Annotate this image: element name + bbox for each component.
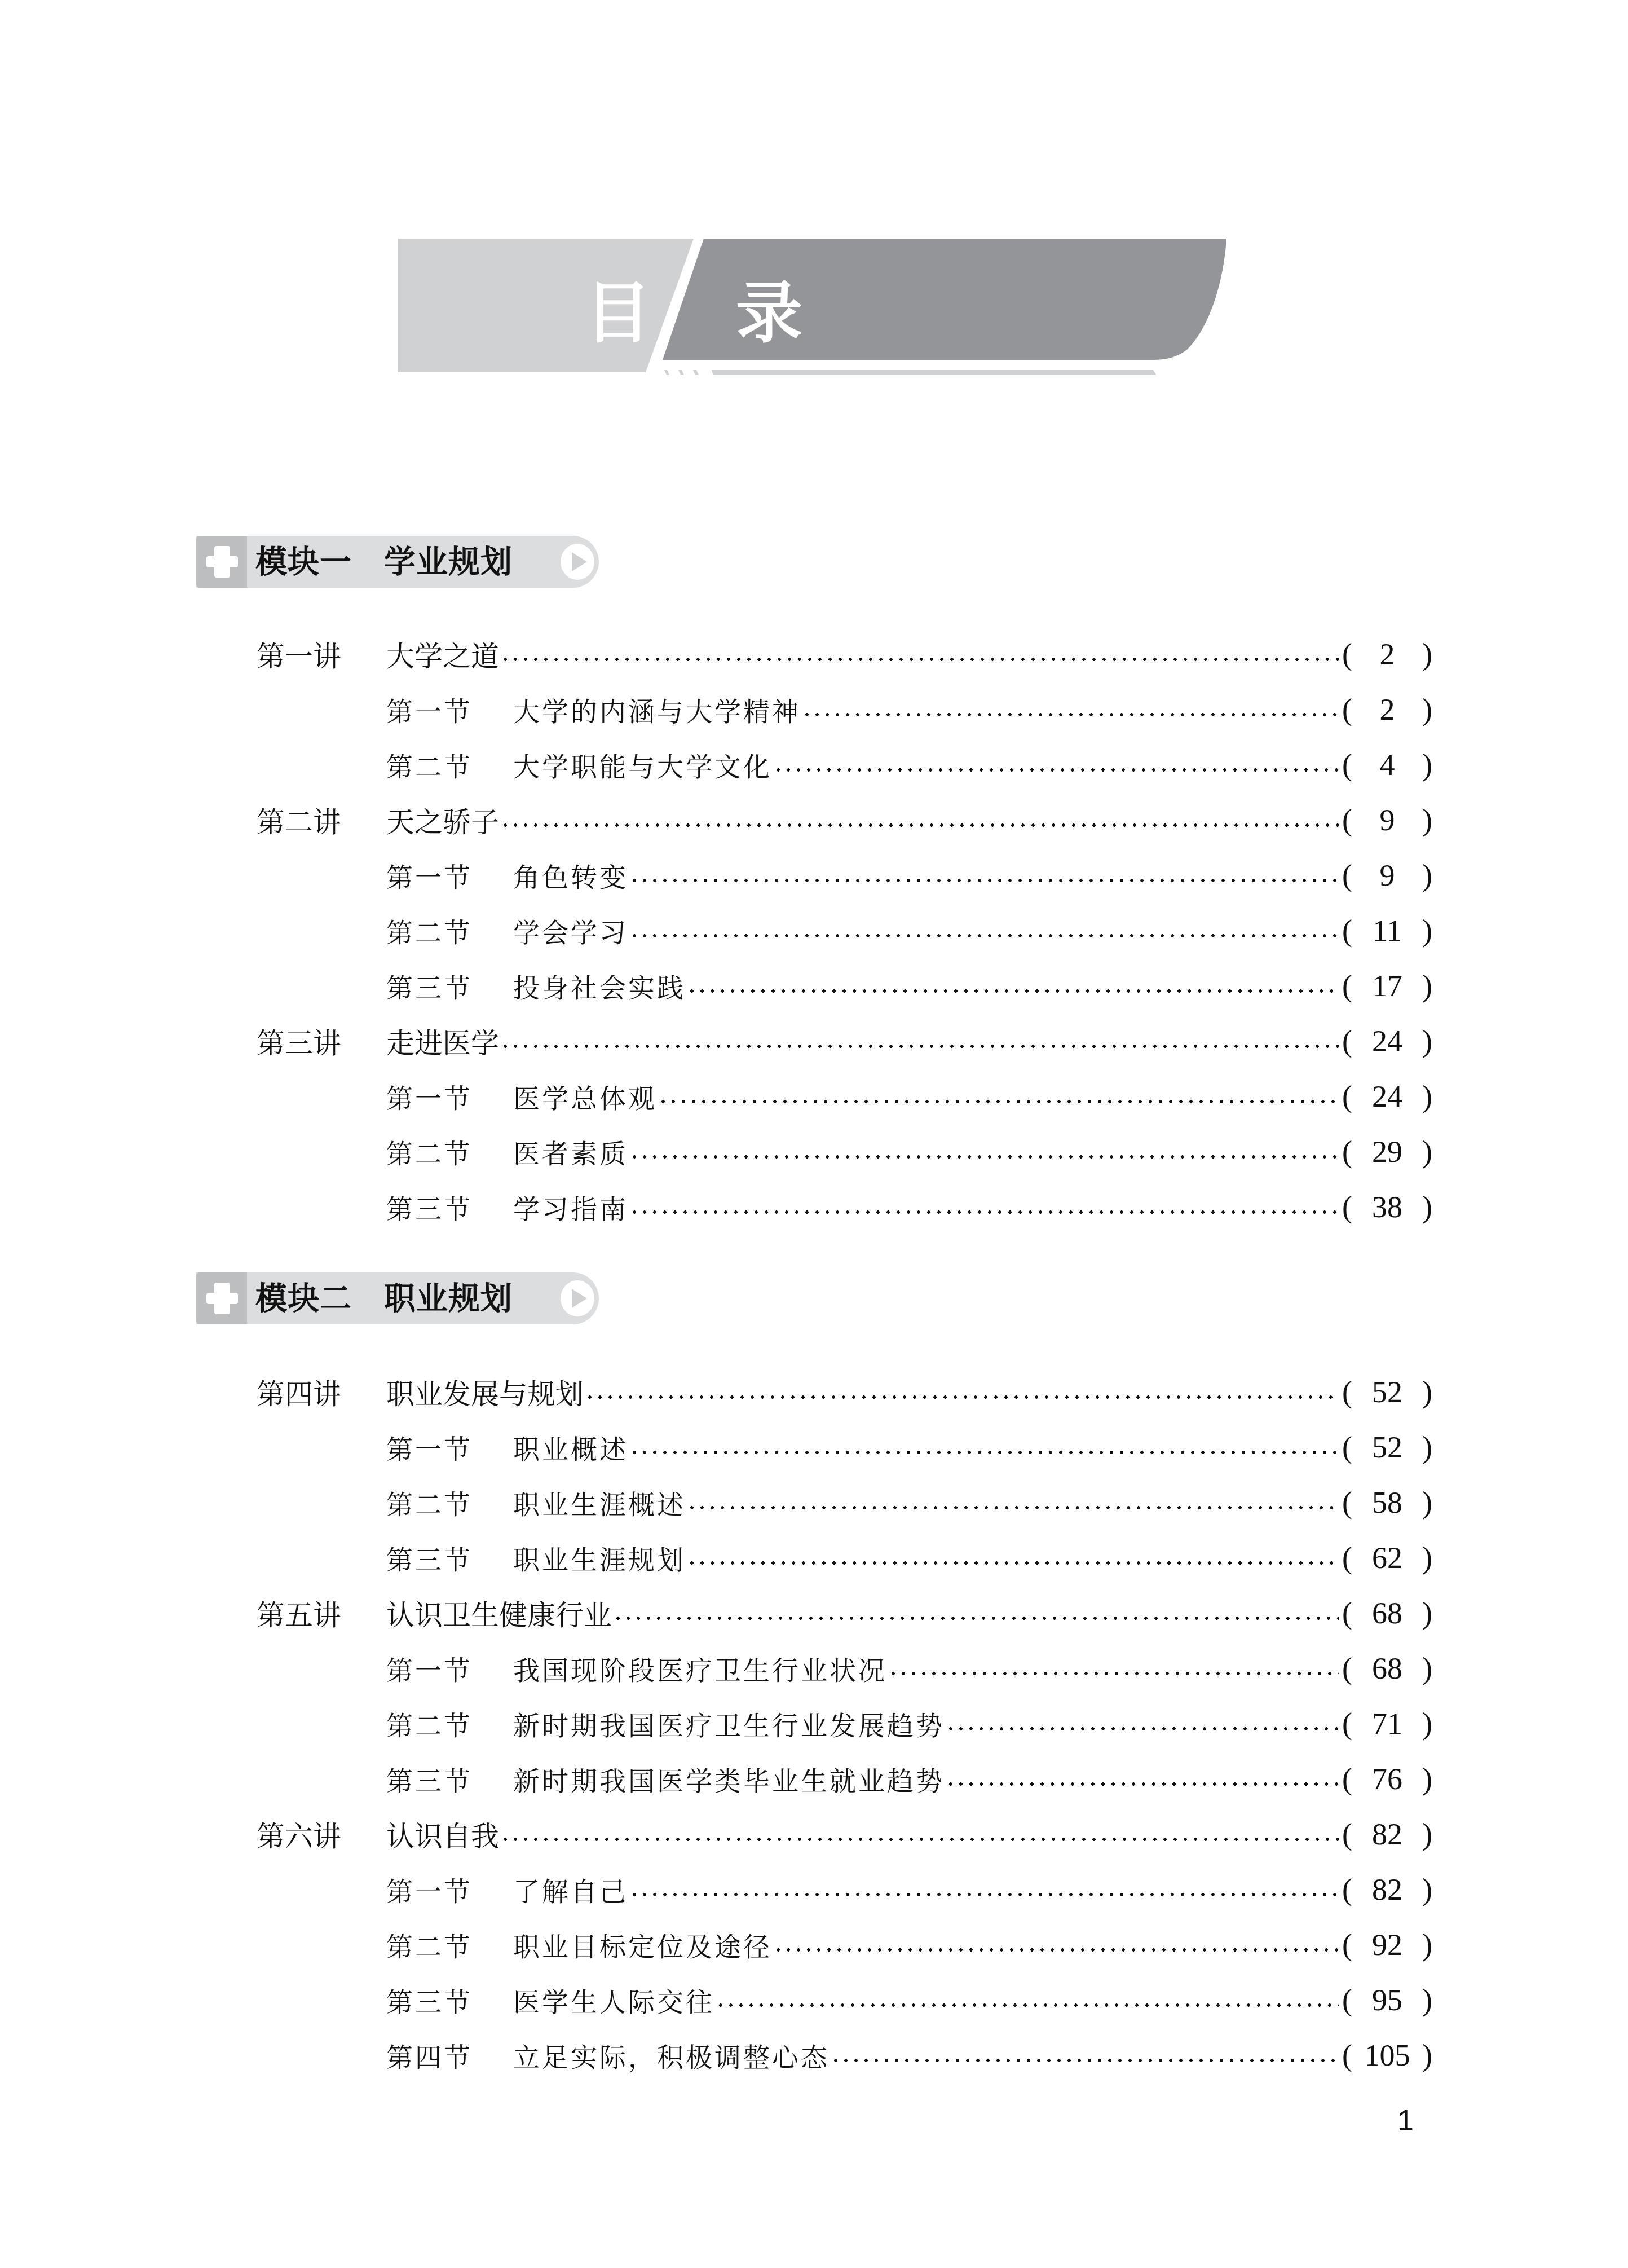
toc-section-row[interactable]: 第一节 职业概述 (52): [386, 1425, 1432, 1470]
toc-section-row[interactable]: 第三节 职业生涯规划 (62): [386, 1535, 1432, 1580]
section-number: 第一节: [386, 1871, 513, 1909]
toc-section-row[interactable]: 第三节 学习指南 (38): [386, 1184, 1432, 1230]
page-ref: (58): [1342, 1485, 1432, 1520]
lecture-title: 大学之道: [386, 634, 499, 675]
dot-leader: [629, 1892, 1339, 1897]
section-number: 第一节: [386, 1650, 513, 1688]
section-title: 角色转变: [513, 857, 628, 895]
dot-leader: [687, 988, 1339, 994]
section-title: 大学职能与大学文化: [513, 746, 772, 784]
section-number: 第一节: [386, 1429, 513, 1467]
lecture-title: 认识卫生健康行业: [386, 1593, 612, 1633]
toc-section-row[interactable]: 第二节 学会学习 (11): [386, 908, 1432, 953]
section-number: 第二节: [386, 1705, 513, 1743]
page-ref: (68): [1342, 1596, 1432, 1631]
dot-leader: [585, 1394, 1339, 1400]
toc-lecture-row[interactable]: 第三讲 走进医学 (24): [257, 1019, 1432, 1064]
section-number: 第二节: [386, 1926, 513, 1964]
lecture-number: 第一讲: [257, 634, 386, 675]
toc-lecture-row[interactable]: 第四讲 职业发展与规划 (52): [257, 1369, 1432, 1415]
page-ref: (2): [1342, 692, 1432, 727]
toc-section-row[interactable]: 第一节 角色转变 (9): [386, 853, 1432, 898]
lecture-number: 第四讲: [257, 1372, 386, 1412]
page-ref: (71): [1342, 1706, 1432, 1741]
dot-leader: [946, 1726, 1339, 1732]
toc-section-row[interactable]: 第三节 投身社会实践 (17): [386, 963, 1432, 1009]
section-number: 第四节: [386, 2037, 513, 2075]
page-ref: (29): [1342, 1134, 1432, 1169]
lecture-number: 第五讲: [257, 1593, 386, 1633]
page-ref: (82): [1342, 1817, 1432, 1852]
module-heading: 模块一 学业规划: [196, 536, 599, 588]
section-number: 第二节: [386, 746, 513, 784]
dot-leader: [500, 822, 1339, 828]
dot-leader: [773, 767, 1339, 773]
page-ref: (92): [1342, 1927, 1432, 1962]
section-title: 新时期我国医学类毕业生就业趋势: [513, 1760, 945, 1798]
dot-leader: [946, 1781, 1339, 1787]
medical-cross-icon: [204, 1280, 240, 1316]
section-number: 第一节: [386, 1078, 513, 1116]
module-label: 模块二 职业规划: [255, 1272, 513, 1324]
page-ref: (4): [1342, 747, 1432, 782]
section-number: 第三节: [386, 1188, 513, 1226]
section-title: 职业概述: [513, 1429, 628, 1467]
toc-lecture-row[interactable]: 第五讲 认识卫生健康行业 (68): [257, 1591, 1432, 1636]
lecture-title: 走进医学: [386, 1021, 499, 1062]
section-title: 医学生人际交往: [513, 1981, 714, 2019]
dot-leader: [500, 1043, 1339, 1049]
page-title-char: 录: [736, 259, 802, 355]
module-heading: 模块二 职业规划: [196, 1272, 599, 1324]
section-title: 立足实际，积极调整心态: [513, 2037, 830, 2075]
toc-section-row[interactable]: 第一节 医学总体观 (24): [386, 1074, 1432, 1119]
dot-leader: [629, 1209, 1339, 1215]
toc-section-row[interactable]: 第二节 大学职能与大学文化 (4): [386, 742, 1432, 787]
page-ref: (68): [1342, 1651, 1432, 1686]
lecture-number: 第六讲: [257, 1814, 386, 1855]
page-ref: (24): [1342, 1024, 1432, 1059]
section-number: 第二节: [386, 912, 513, 950]
dot-leader: [613, 1615, 1339, 1621]
toc-section-row[interactable]: 第二节 职业目标定位及途径 (92): [386, 1922, 1432, 1967]
lecture-number: 第二讲: [257, 800, 386, 840]
section-title: 我国现阶段医疗卫生行业状况: [513, 1650, 887, 1688]
section-title: 职业生涯概述: [513, 1484, 686, 1522]
page-number: 1: [1397, 2104, 1414, 2138]
dot-leader: [500, 1837, 1339, 1842]
lecture-title: 职业发展与规划: [386, 1372, 584, 1412]
toc-section-row[interactable]: 第三节 医学生人际交往 (95): [386, 1978, 1432, 2023]
toc-lecture-row[interactable]: 第一讲 大学之道 (2): [257, 632, 1432, 677]
section-number: 第一节: [386, 857, 513, 895]
module-label: 模块一 学业规划: [255, 536, 513, 588]
section-title: 学会学习: [513, 912, 628, 950]
page-ref: (76): [1342, 1761, 1432, 1796]
dot-leader: [500, 657, 1339, 662]
toc-lecture-row[interactable]: 第六讲 认识自我 (82): [257, 1812, 1432, 1857]
play-triangle-icon: [559, 1280, 596, 1317]
page-ref: (62): [1342, 1540, 1432, 1575]
dot-leader: [629, 933, 1339, 939]
dot-leader: [687, 1505, 1339, 1510]
section-title: 大学的内涵与大学精神: [513, 691, 801, 729]
page-title-char: 目: [585, 259, 651, 355]
toc-section-row[interactable]: 第一节 了解自己 (82): [386, 1867, 1432, 1912]
toc-section-row[interactable]: 第二节 医者素质 (29): [386, 1129, 1432, 1174]
page-ref: (52): [1342, 1430, 1432, 1465]
page-ref: (82): [1342, 1872, 1432, 1907]
section-number: 第三节: [386, 1760, 513, 1798]
section-title: 新时期我国医疗卫生行业发展趋势: [513, 1705, 945, 1743]
dot-leader: [629, 1154, 1339, 1160]
page-ref: (52): [1342, 1375, 1432, 1410]
dot-leader: [629, 878, 1339, 883]
section-number: 第二节: [386, 1133, 513, 1171]
dot-leader: [888, 1671, 1339, 1676]
dot-leader: [773, 1947, 1339, 1953]
section-title: 职业生涯规划: [513, 1539, 686, 1577]
dot-leader: [716, 2002, 1339, 2008]
module-tab: [196, 536, 247, 588]
page-ref: (105): [1342, 2038, 1432, 2073]
page-title: 目 录: [412, 254, 976, 361]
section-number: 第三节: [386, 1981, 513, 2019]
dot-leader: [831, 2058, 1339, 2063]
page-ref: (9): [1342, 803, 1432, 838]
page-ref: (95): [1342, 1983, 1432, 2018]
page-ref: (2): [1342, 637, 1432, 672]
dot-leader: [658, 1099, 1339, 1104]
lecture-title: 认识自我: [386, 1814, 499, 1855]
dot-leader: [629, 1450, 1339, 1455]
play-triangle-icon: [559, 543, 596, 580]
section-number: 第三节: [386, 967, 513, 1005]
toc-section-row[interactable]: 第二节 新时期我国医疗卫生行业发展趋势 (71): [386, 1701, 1432, 1746]
section-title: 了解自己: [513, 1871, 628, 1909]
toc-section-row[interactable]: 第四节 立足实际，积极调整心态 (105): [386, 2033, 1432, 2078]
toc-section-row[interactable]: 第一节 大学的内涵与大学精神 (2): [386, 687, 1432, 732]
section-title: 学习指南: [513, 1188, 628, 1226]
dot-leader: [687, 1560, 1339, 1566]
lecture-title: 天之骄子: [386, 800, 499, 840]
module-tab: [196, 1272, 247, 1324]
section-number: 第一节: [386, 691, 513, 729]
section-number: 第三节: [386, 1539, 513, 1577]
section-title: 投身社会实践: [513, 967, 686, 1005]
page-ref: (11): [1342, 913, 1432, 948]
toc-lecture-row[interactable]: 第二讲 天之骄子 (9): [257, 798, 1432, 843]
section-title: 职业目标定位及途径: [513, 1926, 772, 1964]
page-ref: (24): [1342, 1079, 1432, 1114]
lecture-number: 第三讲: [257, 1021, 386, 1062]
page-ref: (38): [1342, 1190, 1432, 1225]
toc-section-row[interactable]: 第二节 职业生涯概述 (58): [386, 1480, 1432, 1525]
medical-cross-icon: [204, 544, 240, 580]
section-title: 医者素质: [513, 1133, 628, 1171]
toc-section-row[interactable]: 第三节 新时期我国医学类毕业生就业趋势 (76): [386, 1756, 1432, 1802]
dot-leader: [802, 712, 1339, 717]
page-ref: (17): [1342, 968, 1432, 1003]
toc-section-row[interactable]: 第一节 我国现阶段医疗卫生行业状况 (68): [386, 1646, 1432, 1691]
section-number: 第二节: [386, 1484, 513, 1522]
page-ref: (9): [1342, 858, 1432, 893]
section-title: 医学总体观: [513, 1078, 657, 1116]
